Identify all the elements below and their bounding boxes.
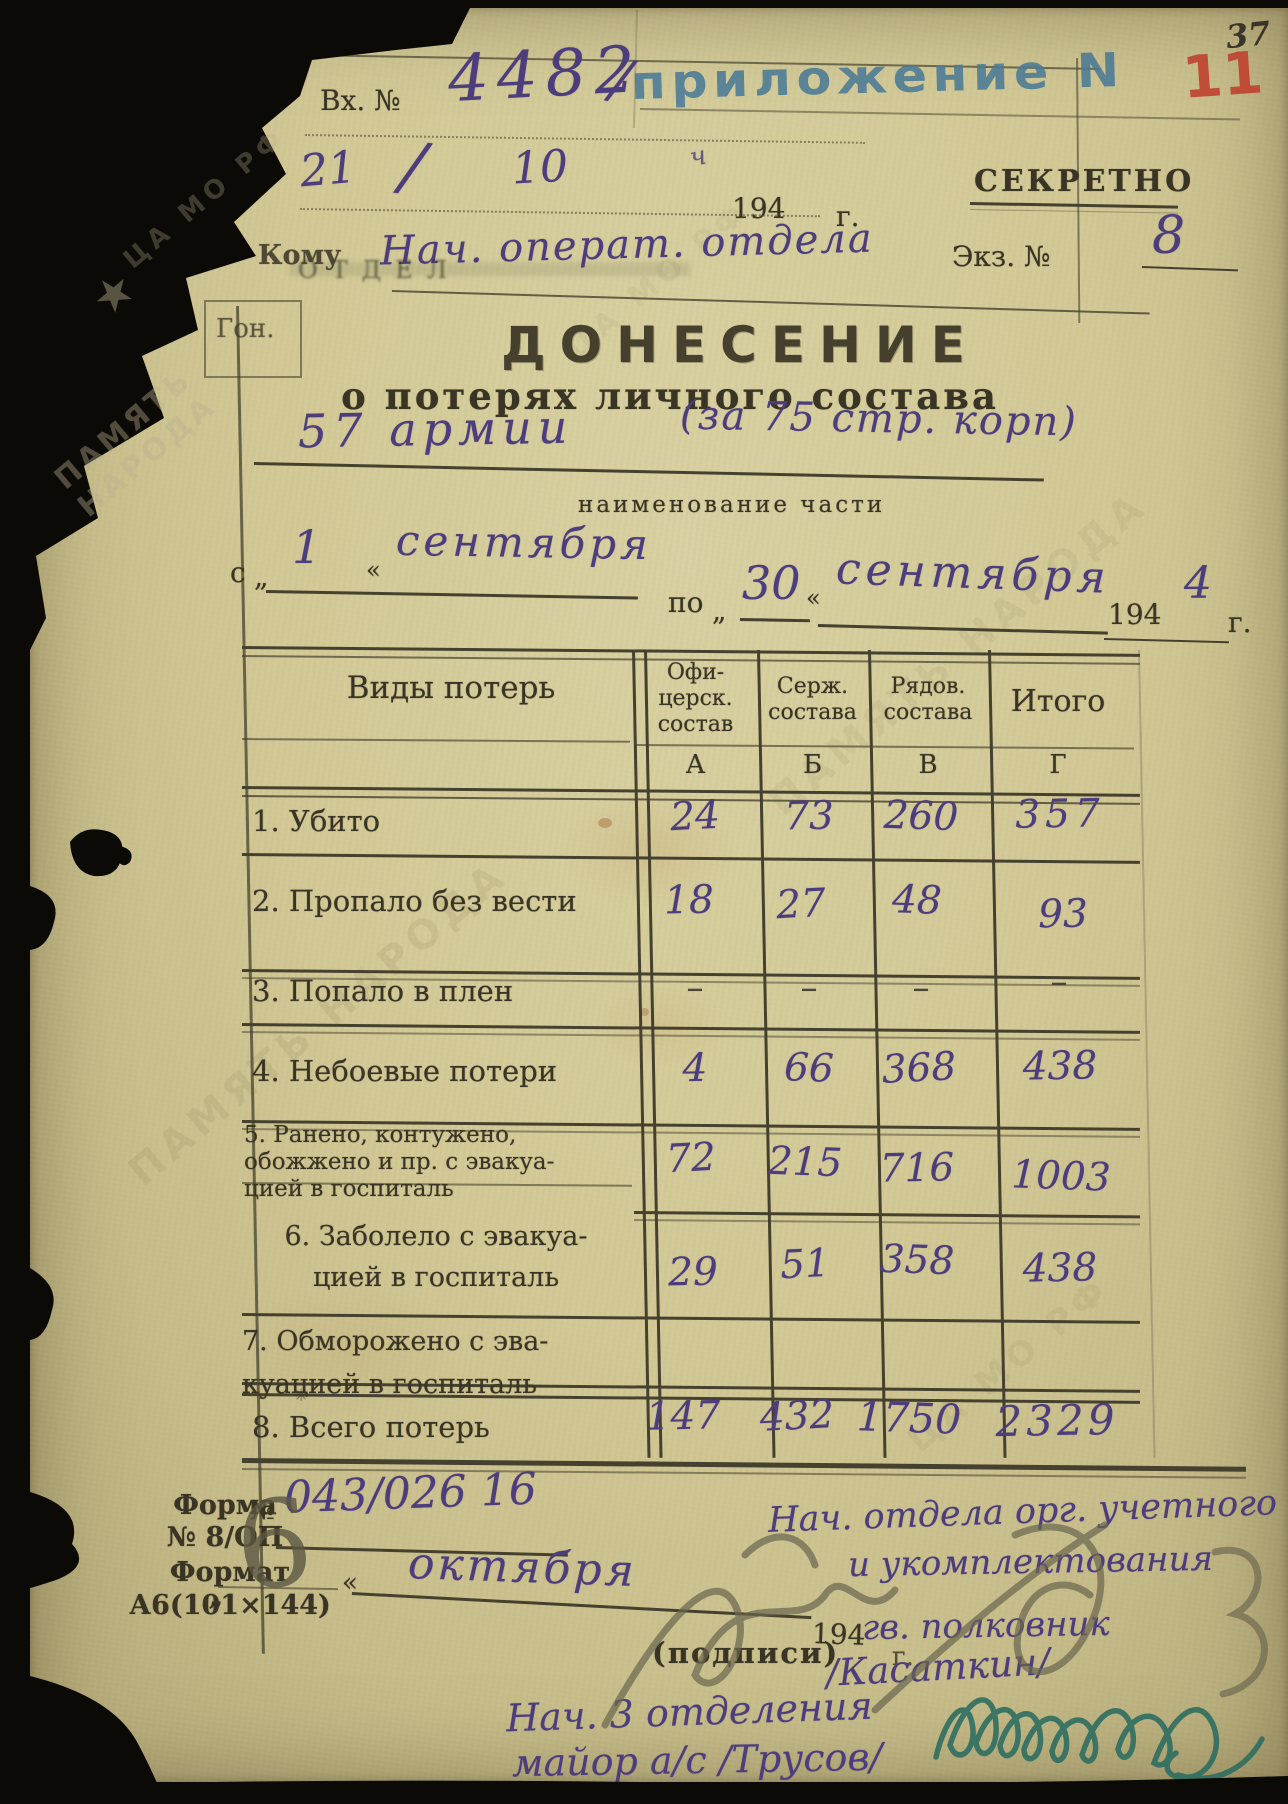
scanned-document: ПАМЯТЬ НАРОДА ПАМЯТЬ НАРОДА ЦА МО РФ ЦА … bbox=[0, 0, 1288, 1804]
torn-paper-overlay bbox=[0, 0, 1288, 1804]
